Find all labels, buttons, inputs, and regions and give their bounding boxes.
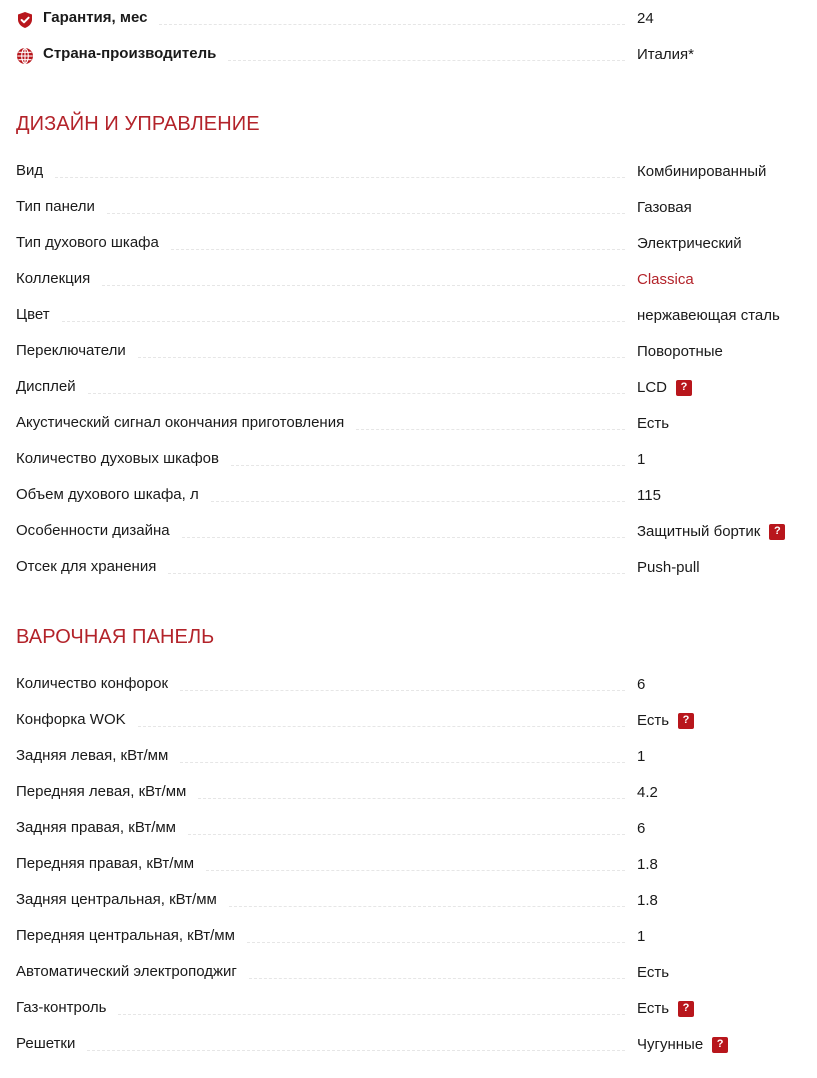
spec-value-text: 6 [637,675,645,694]
dotted-leader [231,465,625,466]
spec-label: Передняя правая, кВт/мм [16,854,206,873]
spec-row: Задняя правая, кВт/мм 6 [16,811,806,847]
spec-value-text: 1 [637,450,645,469]
globe-icon [16,47,34,65]
spec-value: Есть [637,406,669,433]
spec-row: Вид Комбинированный [16,154,806,190]
spec-value-text: 1.8 [637,891,658,910]
spec-label: Конфорка WOK [16,710,138,729]
spec-value-text: Есть [637,999,669,1018]
dotted-leader [102,285,625,286]
spec-value: 6 [637,811,645,838]
spec-value: 1 [637,919,645,946]
spec-value: Поворотные [637,334,723,361]
spec-value: Италия* [637,37,694,64]
help-icon[interactable]: ? [678,713,694,729]
dotted-leader [182,537,625,538]
dotted-leader [171,249,625,250]
spec-value-text: Чугунные [637,1035,703,1054]
spec-row: Автоматический электроподжиг Есть [16,955,806,991]
help-icon[interactable]: ? [676,380,692,396]
spec-value: 1.8 [637,883,658,910]
spec-row: Объем духового шкафа, л 115 [16,478,806,514]
spec-label: Отсек для хранения [16,557,168,576]
spec-label: Количество конфорок [16,674,180,693]
spec-value-text: Комбинированный [637,162,766,181]
dotted-leader [138,357,625,358]
spec-label: Коллекция [16,269,102,288]
spec-label: Тип панели [16,197,107,216]
spec-label: Особенности дизайна [16,521,182,540]
spec-value: Classica [637,262,694,289]
dotted-leader [180,690,625,691]
spec-label: Гарантия, мес [43,8,159,27]
dotted-leader [55,177,625,178]
spec-row: Тип духового шкафа Электрический [16,226,806,262]
spec-label: Задняя левая, кВт/мм [16,746,180,765]
spec-label: Передняя центральная, кВт/мм [16,926,247,945]
spec-row: Задняя левая, кВт/мм 1 [16,739,806,775]
dotted-leader [118,1014,625,1015]
spec-value-text: Есть [637,963,669,982]
spec-row: Решетки Чугунные ? [16,1027,806,1063]
dotted-leader [138,726,625,727]
spec-value-text: 6 [637,819,645,838]
spec-label: Решетки [16,1034,87,1053]
spec-row: Передняя правая, кВт/мм 1.8 [16,847,806,883]
spec-value: нержавеющая сталь [637,298,780,325]
dotted-leader [249,978,625,979]
spec-row: Коллекция Classica [16,262,806,298]
spec-value: 6 [637,667,645,694]
spec-value: 115 [637,478,661,505]
dotted-leader [198,798,625,799]
collection-link[interactable]: Classica [637,270,694,289]
spec-label: Тип духового шкафа [16,233,171,252]
spec-value-text: Газовая [637,198,692,217]
spec-value-text: 1.8 [637,855,658,874]
spec-row: Конфорка WOK Есть ? [16,703,806,739]
help-icon[interactable]: ? [678,1001,694,1017]
section-cooktop-rows: Количество конфорок 6 Конфорка WOK Есть … [16,667,806,1063]
dotted-leader [188,834,625,835]
spec-label: Передняя левая, кВт/мм [16,782,198,801]
help-icon[interactable]: ? [769,524,785,540]
spec-value: Газовая [637,190,692,217]
spec-value: Комбинированный [637,154,766,181]
spec-row: Тип панели Газовая [16,190,806,226]
dotted-leader [211,501,625,502]
dotted-leader [356,429,625,430]
dotted-leader [180,762,625,763]
spec-label: Количество духовых шкафов [16,449,231,468]
spec-row: Акустический сигнал окончания приготовле… [16,406,806,442]
spec-label: Цвет [16,305,62,324]
shield-check-icon [16,11,34,29]
dotted-leader [62,321,625,322]
section-design-rows: Вид Комбинированный Тип панели Газовая Т… [16,154,806,586]
spec-value: Push-pull [637,550,700,577]
spec-value-text: Есть [637,711,669,730]
spec-value-text: Есть [637,414,669,433]
spec-label: Газ-контроль [16,998,118,1017]
spec-value-text: 1 [637,927,645,946]
spec-label: Дисплей [16,377,88,396]
dotted-leader [88,393,625,394]
spec-row: Дисплей LCD ? [16,370,806,406]
spec-value-text: LCD [637,378,667,397]
top-specs: Гарантия, мес 24 Страна-производитель [16,1,806,73]
spec-label: Страна-производитель [43,44,228,63]
dotted-leader [87,1050,625,1051]
spec-label: Объем духового шкафа, л [16,485,211,504]
spec-value-text: 4.2 [637,783,658,802]
spec-row: Количество духовых шкафов 1 [16,442,806,478]
spec-value: Есть ? [637,991,694,1018]
dotted-leader [168,573,625,574]
spec-label: Задняя центральная, кВт/мм [16,890,229,909]
dotted-leader [247,942,625,943]
dotted-leader [206,870,625,871]
spec-label: Автоматический электроподжиг [16,962,249,981]
spec-value: Электрический [637,226,742,253]
spec-label: Акустический сигнал окончания приготовле… [16,413,356,432]
dotted-leader [107,213,625,214]
dotted-leader [229,906,625,907]
spec-value: Чугунные ? [637,1027,728,1054]
spec-row: Переключатели Поворотные [16,334,806,370]
spec-row-country: Страна-производитель Италия* [16,37,806,73]
spec-row: Передняя левая, кВт/мм 4.2 [16,775,806,811]
spec-label: Задняя правая, кВт/мм [16,818,188,837]
spec-row: Передняя центральная, кВт/мм 1 [16,919,806,955]
spec-value-text: 115 [637,486,661,505]
spec-value-text: Защитный бортик [637,522,760,541]
spec-value-text: Электрический [637,234,742,253]
spec-row: Отсек для хранения Push-pull [16,550,806,586]
spec-value: 4.2 [637,775,658,802]
dotted-leader [228,60,625,61]
spec-row: Цвет нержавеющая сталь [16,298,806,334]
spec-value: Есть [637,955,669,982]
spec-value: 1.8 [637,847,658,874]
section-title-cooktop: ВАРОЧНАЯ ПАНЕЛЬ [16,625,214,649]
spec-value: LCD ? [637,370,692,397]
spec-label: Переключатели [16,341,138,360]
spec-value-text: нержавеющая сталь [637,306,780,325]
spec-value: 24 [637,1,654,28]
spec-row: Особенности дизайна Защитный бортик ? [16,514,806,550]
spec-value-text: 1 [637,747,645,766]
spec-value: 1 [637,442,645,469]
spec-value: Защитный бортик ? [637,514,785,541]
spec-row-warranty: Гарантия, мес 24 [16,1,806,37]
spec-row: Газ-контроль Есть ? [16,991,806,1027]
spec-value-text: Поворотные [637,342,723,361]
spec-row: Задняя центральная, кВт/мм 1.8 [16,883,806,919]
spec-value-text: Push-pull [637,558,700,577]
spec-value: Есть ? [637,703,694,730]
spec-label: Вид [16,161,55,180]
spec-row: Количество конфорок 6 [16,667,806,703]
spec-value: 1 [637,739,645,766]
section-title-design: ДИЗАЙН И УПРАВЛЕНИЕ [16,112,260,136]
dotted-leader [159,24,625,25]
help-icon[interactable]: ? [712,1037,728,1053]
